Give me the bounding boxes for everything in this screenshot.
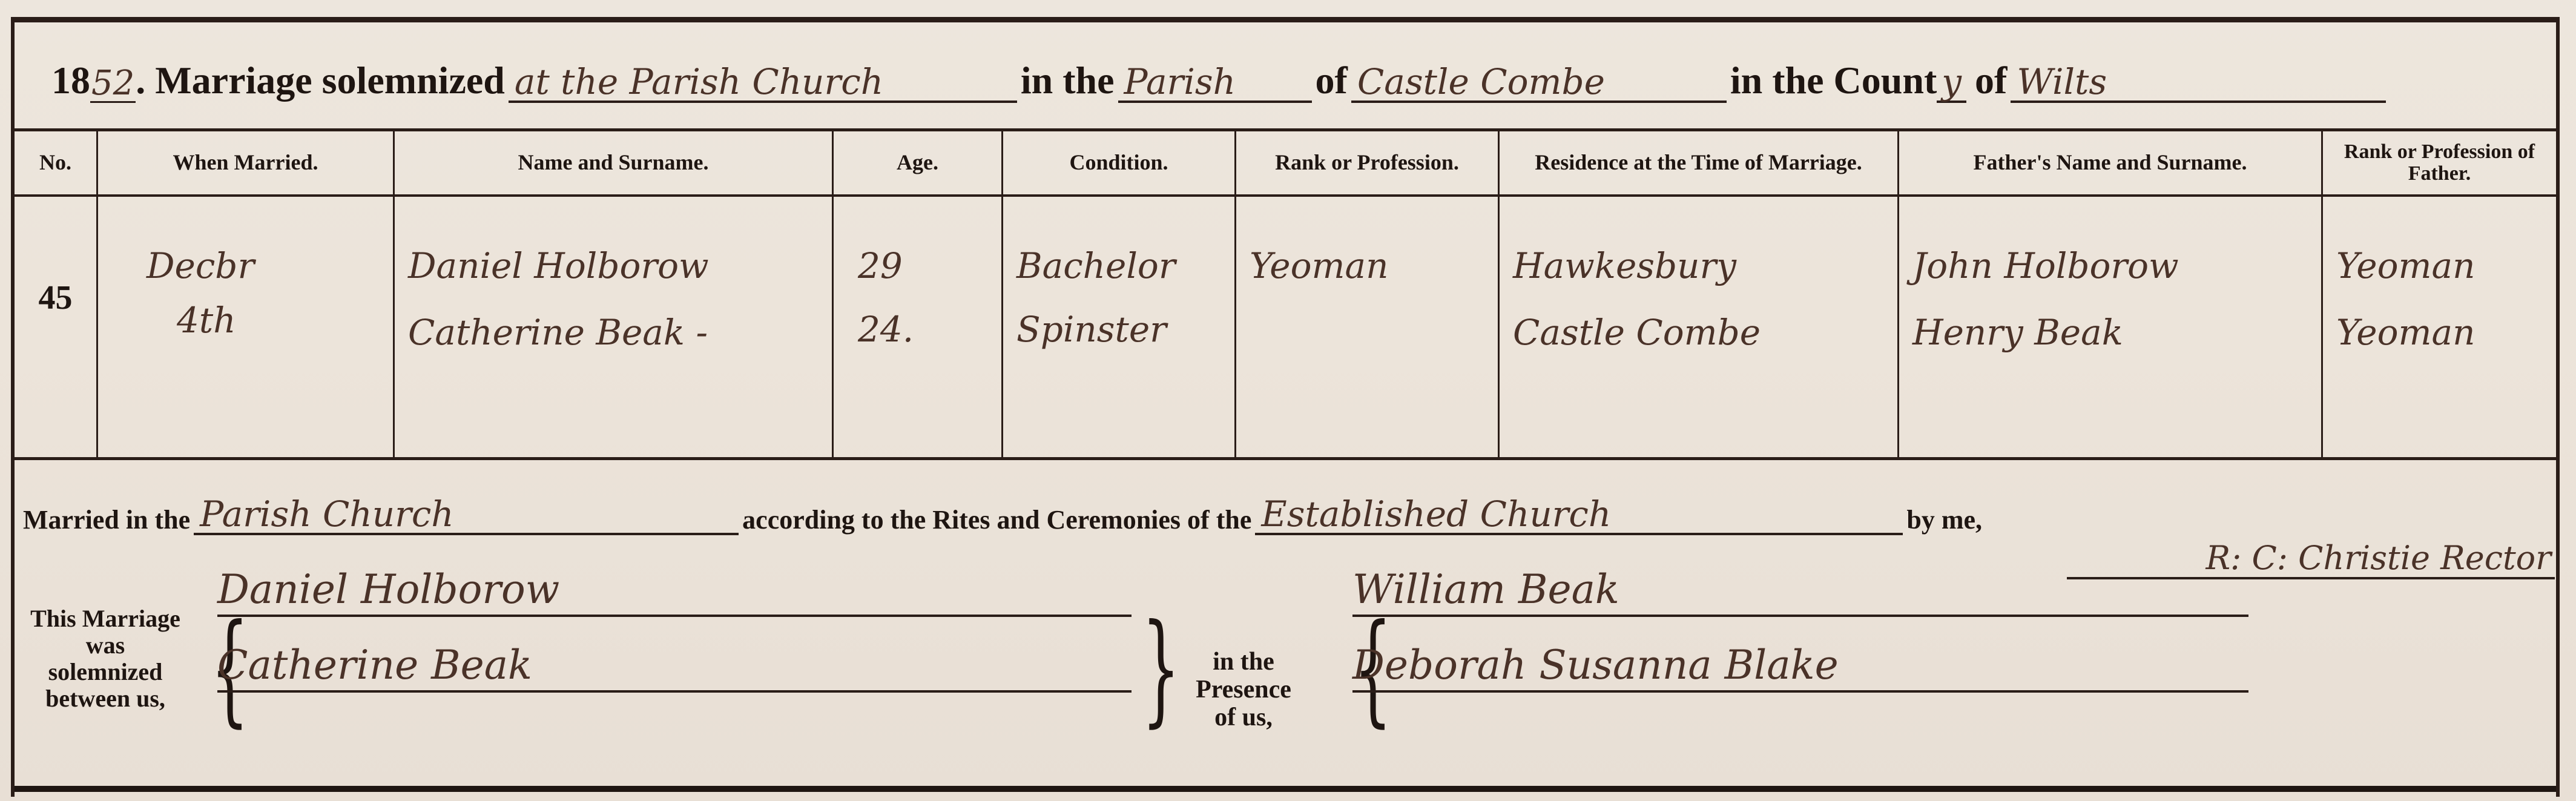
column-age: Age. 29 24. <box>832 131 1001 457</box>
label-line: between us, <box>15 685 196 712</box>
presence-label: in the Presence of us, <box>1177 648 1310 732</box>
column-residence: Residence at the Time of Marriage. Hawke… <box>1498 131 1897 457</box>
venue-field: Parish Church <box>194 496 739 535</box>
column-header: Rank or Profession. <box>1236 131 1498 197</box>
column-header: Residence at the Time of Marriage. <box>1500 131 1897 197</box>
label-line: solemnized <box>15 659 196 685</box>
register-table: No. 45 When Married. Decbr 4th Name and … <box>15 128 2556 460</box>
groom-age: 29 <box>858 245 995 286</box>
column-header: Father's Name and Surname. <box>1899 131 2321 197</box>
married-in-line: Married in the Parish Church according t… <box>23 496 1982 535</box>
year-prefix: 18 <box>51 58 90 103</box>
county-suffix-field: y <box>1937 62 1966 103</box>
district-type-field: Parish <box>1118 62 1312 103</box>
column-father-name: Father's Name and Surname. John Holborow… <box>1897 131 2321 457</box>
groom-condition: Bachelor <box>1016 245 1228 286</box>
by-me-label: by me, <box>1906 504 1982 535</box>
marriage-day: 4th <box>177 300 387 341</box>
bottom-rule <box>15 786 2556 792</box>
groom-father-name: John Holborow <box>1912 245 2315 286</box>
groom-rank: Yeoman <box>1250 245 1492 286</box>
column-header: Name and Surname. <box>395 131 832 197</box>
county-suffix: y <box>1942 61 1962 102</box>
column-no: No. 45 <box>15 131 96 457</box>
groom-residence: Hawkesbury <box>1513 245 1891 286</box>
ceremony-section: Married in the Parish Church according t… <box>15 460 2556 787</box>
between-us-label: This Marriage was solemnized between us, <box>15 605 196 712</box>
label-line: This Marriage <box>15 605 196 632</box>
bride-father-rank: Yeoman <box>2336 312 2550 353</box>
groom-father-rank: Yeoman <box>2336 245 2550 286</box>
place-value: at the Parish Church <box>515 61 883 102</box>
year-suffix-field: 52 <box>90 62 136 103</box>
column-header: No. <box>15 131 96 197</box>
register-title-line: 18 52 . Marriage solemnized at the Paris… <box>51 42 2390 103</box>
column-name: Name and Surname. Daniel Holborow Cather… <box>393 131 832 457</box>
marriage-solemnized-label: Marriage solemnized <box>155 58 505 103</box>
marriage-month: Decbr <box>147 245 387 286</box>
bride-name: Catherine Beak - <box>408 312 826 353</box>
groom-signature: Daniel Holborow <box>217 566 1132 617</box>
column-when-married: When Married. Decbr 4th <box>96 131 393 457</box>
in-the-county-label: in the Count <box>1730 58 1937 103</box>
right-brace-icon: } <box>1142 608 1181 730</box>
parish-name-value: Castle Combe <box>1357 61 1605 102</box>
bride-signature: Catherine Beak <box>217 642 1132 693</box>
column-header: Condition. <box>1003 131 1234 197</box>
according-to-label: according to the Rites and Ceremonies of… <box>742 504 1251 535</box>
entry-number: 45 <box>15 279 96 317</box>
column-father-rank: Rank or Profession of Father. Yeoman Yeo… <box>2321 131 2556 457</box>
witness-2-signature: Deborah Susanna Blake <box>1352 642 2248 693</box>
county-name-value: Wilts <box>2017 61 2107 102</box>
column-header: When Married. <box>98 131 393 197</box>
column-condition: Condition. Bachelor Spinster <box>1001 131 1234 457</box>
label-line: Presence <box>1177 676 1310 704</box>
year-suffix: 52 <box>91 64 134 103</box>
bride-residence: Castle Combe <box>1513 312 1891 353</box>
venue-value: Parish Church <box>200 493 453 535</box>
groom-name: Daniel Holborow <box>408 245 826 286</box>
bride-father-name: Henry Beak <box>1912 312 2315 353</box>
place-field: at the Parish Church <box>509 62 1017 103</box>
bride-age: 24. <box>858 309 995 350</box>
column-header: Rank or Profession of Father. <box>2323 131 2556 197</box>
rites-value: Established Church <box>1261 493 1611 535</box>
year-punct: . <box>136 58 145 103</box>
of-county-label: of <box>1975 58 2007 103</box>
column-rank: Rank or Profession. Yeoman <box>1234 131 1498 457</box>
parish-name-field: Castle Combe <box>1351 62 1727 103</box>
label-line: in the <box>1177 648 1310 676</box>
rites-field: Established Church <box>1255 496 1903 535</box>
district-type-value: Parish <box>1124 61 1236 102</box>
label-line: was <box>15 632 196 659</box>
marriage-register-page: 18 52 . Marriage solemnized at the Paris… <box>0 0 2576 801</box>
label-line: of us, <box>1177 704 1310 731</box>
column-header: Age. <box>834 131 1001 197</box>
of-label: of <box>1316 58 1348 103</box>
bride-condition: Spinster <box>1016 309 1228 350</box>
county-name-field: Wilts <box>2011 62 2386 103</box>
married-in-label: Married in the <box>23 504 190 535</box>
witness-1-signature: William Beak <box>1352 566 2248 617</box>
in-the-label: in the <box>1021 58 1115 103</box>
